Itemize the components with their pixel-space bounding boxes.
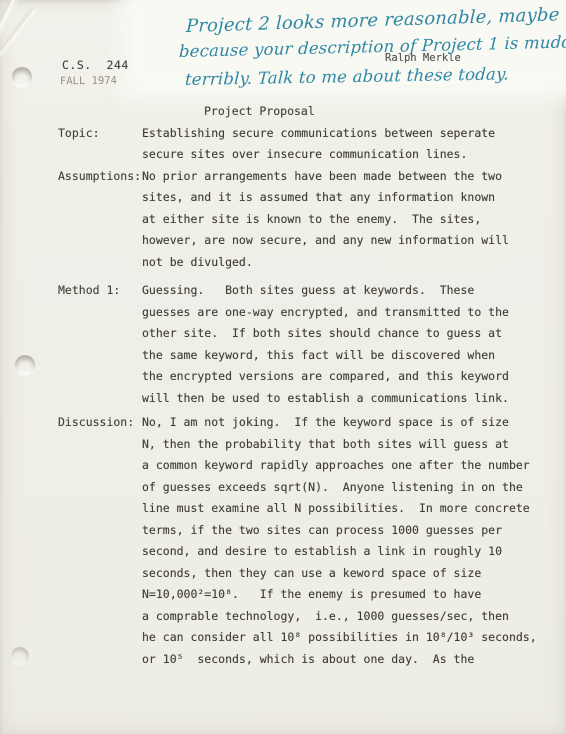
section-method-1: Method 1:Guessing. Both sites guess at k… <box>58 280 550 409</box>
typed-line: sites, and it is assumed that any inform… <box>142 187 550 209</box>
typed-line: second, and desire to establish a link i… <box>142 541 550 563</box>
document-body: Project Proposal Topic:Establishing secu… <box>58 101 550 670</box>
punch-hole-middle <box>15 355 35 375</box>
typed-line: the same keyword, this fact will be disc… <box>142 345 550 367</box>
typed-line: will then be used to establish a communi… <box>142 388 550 410</box>
section-topic: Topic:Establishing secure communications… <box>58 123 550 166</box>
typed-line: other site. If both sites should chance … <box>142 323 550 345</box>
section-text: Establishing secure communications betwe… <box>142 123 550 166</box>
typed-line: of guesses exceeds sqrt(N). Anyone liste… <box>142 477 550 499</box>
typed-line: terms, if the two sites can process 1000… <box>142 520 550 542</box>
typed-line: secure sites over insecure communication… <box>142 144 550 166</box>
typed-line: a common keyword rapidly approaches one … <box>142 455 550 477</box>
page-title: Project Proposal <box>204 101 550 123</box>
section-text: No, I am not joking. If the keyword spac… <box>142 412 550 670</box>
punch-hole-bottom <box>9 645 31 667</box>
typed-line: guesses are one-way encrypted, and trans… <box>142 302 550 324</box>
typed-line: seconds, then they can use a keword spac… <box>142 563 550 585</box>
typed-line: a comprable technology, i.e., 1000 guess… <box>142 606 550 628</box>
punch-hole-top <box>12 67 32 87</box>
typed-line: not be divulged. <box>142 252 550 274</box>
scanned-document-page: C.S. 244 FALL 1974 Ralph Merkle Project … <box>0 0 566 734</box>
section-label: Assumptions: <box>58 166 142 188</box>
typed-line: line must examine all N possibilities. I… <box>142 498 550 520</box>
section-text: Guessing. Both sites guess at keywords. … <box>142 280 550 409</box>
typed-line: he can consider all 10⁸ possibilities in… <box>142 627 550 649</box>
typed-line: No prior arrangements have been made bet… <box>142 166 550 188</box>
typed-line: or 10⁵ seconds, which is about one day. … <box>142 649 550 671</box>
typed-line: Guessing. Both sites guess at keywords. … <box>142 280 550 302</box>
section-label: Topic: <box>58 123 142 145</box>
course-label: C.S. 244 <box>62 58 129 72</box>
section-text: No prior arrangements have been made bet… <box>142 166 550 274</box>
typed-line: N, then the probability that both sites … <box>142 434 550 456</box>
section-label: Method 1: <box>58 280 142 302</box>
section-assumptions: Assumptions:No prior arrangements have b… <box>58 166 550 274</box>
section-discussion: Discussion:No, I am not joking. If the k… <box>58 412 550 670</box>
typed-line: Establishing secure communications betwe… <box>142 123 550 145</box>
section-label: Discussion: <box>58 412 142 434</box>
typed-line: however, are now secure, and any new inf… <box>142 230 550 252</box>
sections: Topic:Establishing secure communications… <box>58 123 550 671</box>
term-label: FALL 1974 <box>60 75 117 88</box>
typed-line: No, I am not joking. If the keyword spac… <box>142 412 550 434</box>
typed-line: N=10,000²=10⁸. If the enemy is presumed … <box>142 584 550 606</box>
typed-line: at either site is known to the enemy. Th… <box>142 209 550 231</box>
typed-line: the encrypted versions are compared, and… <box>142 366 550 388</box>
